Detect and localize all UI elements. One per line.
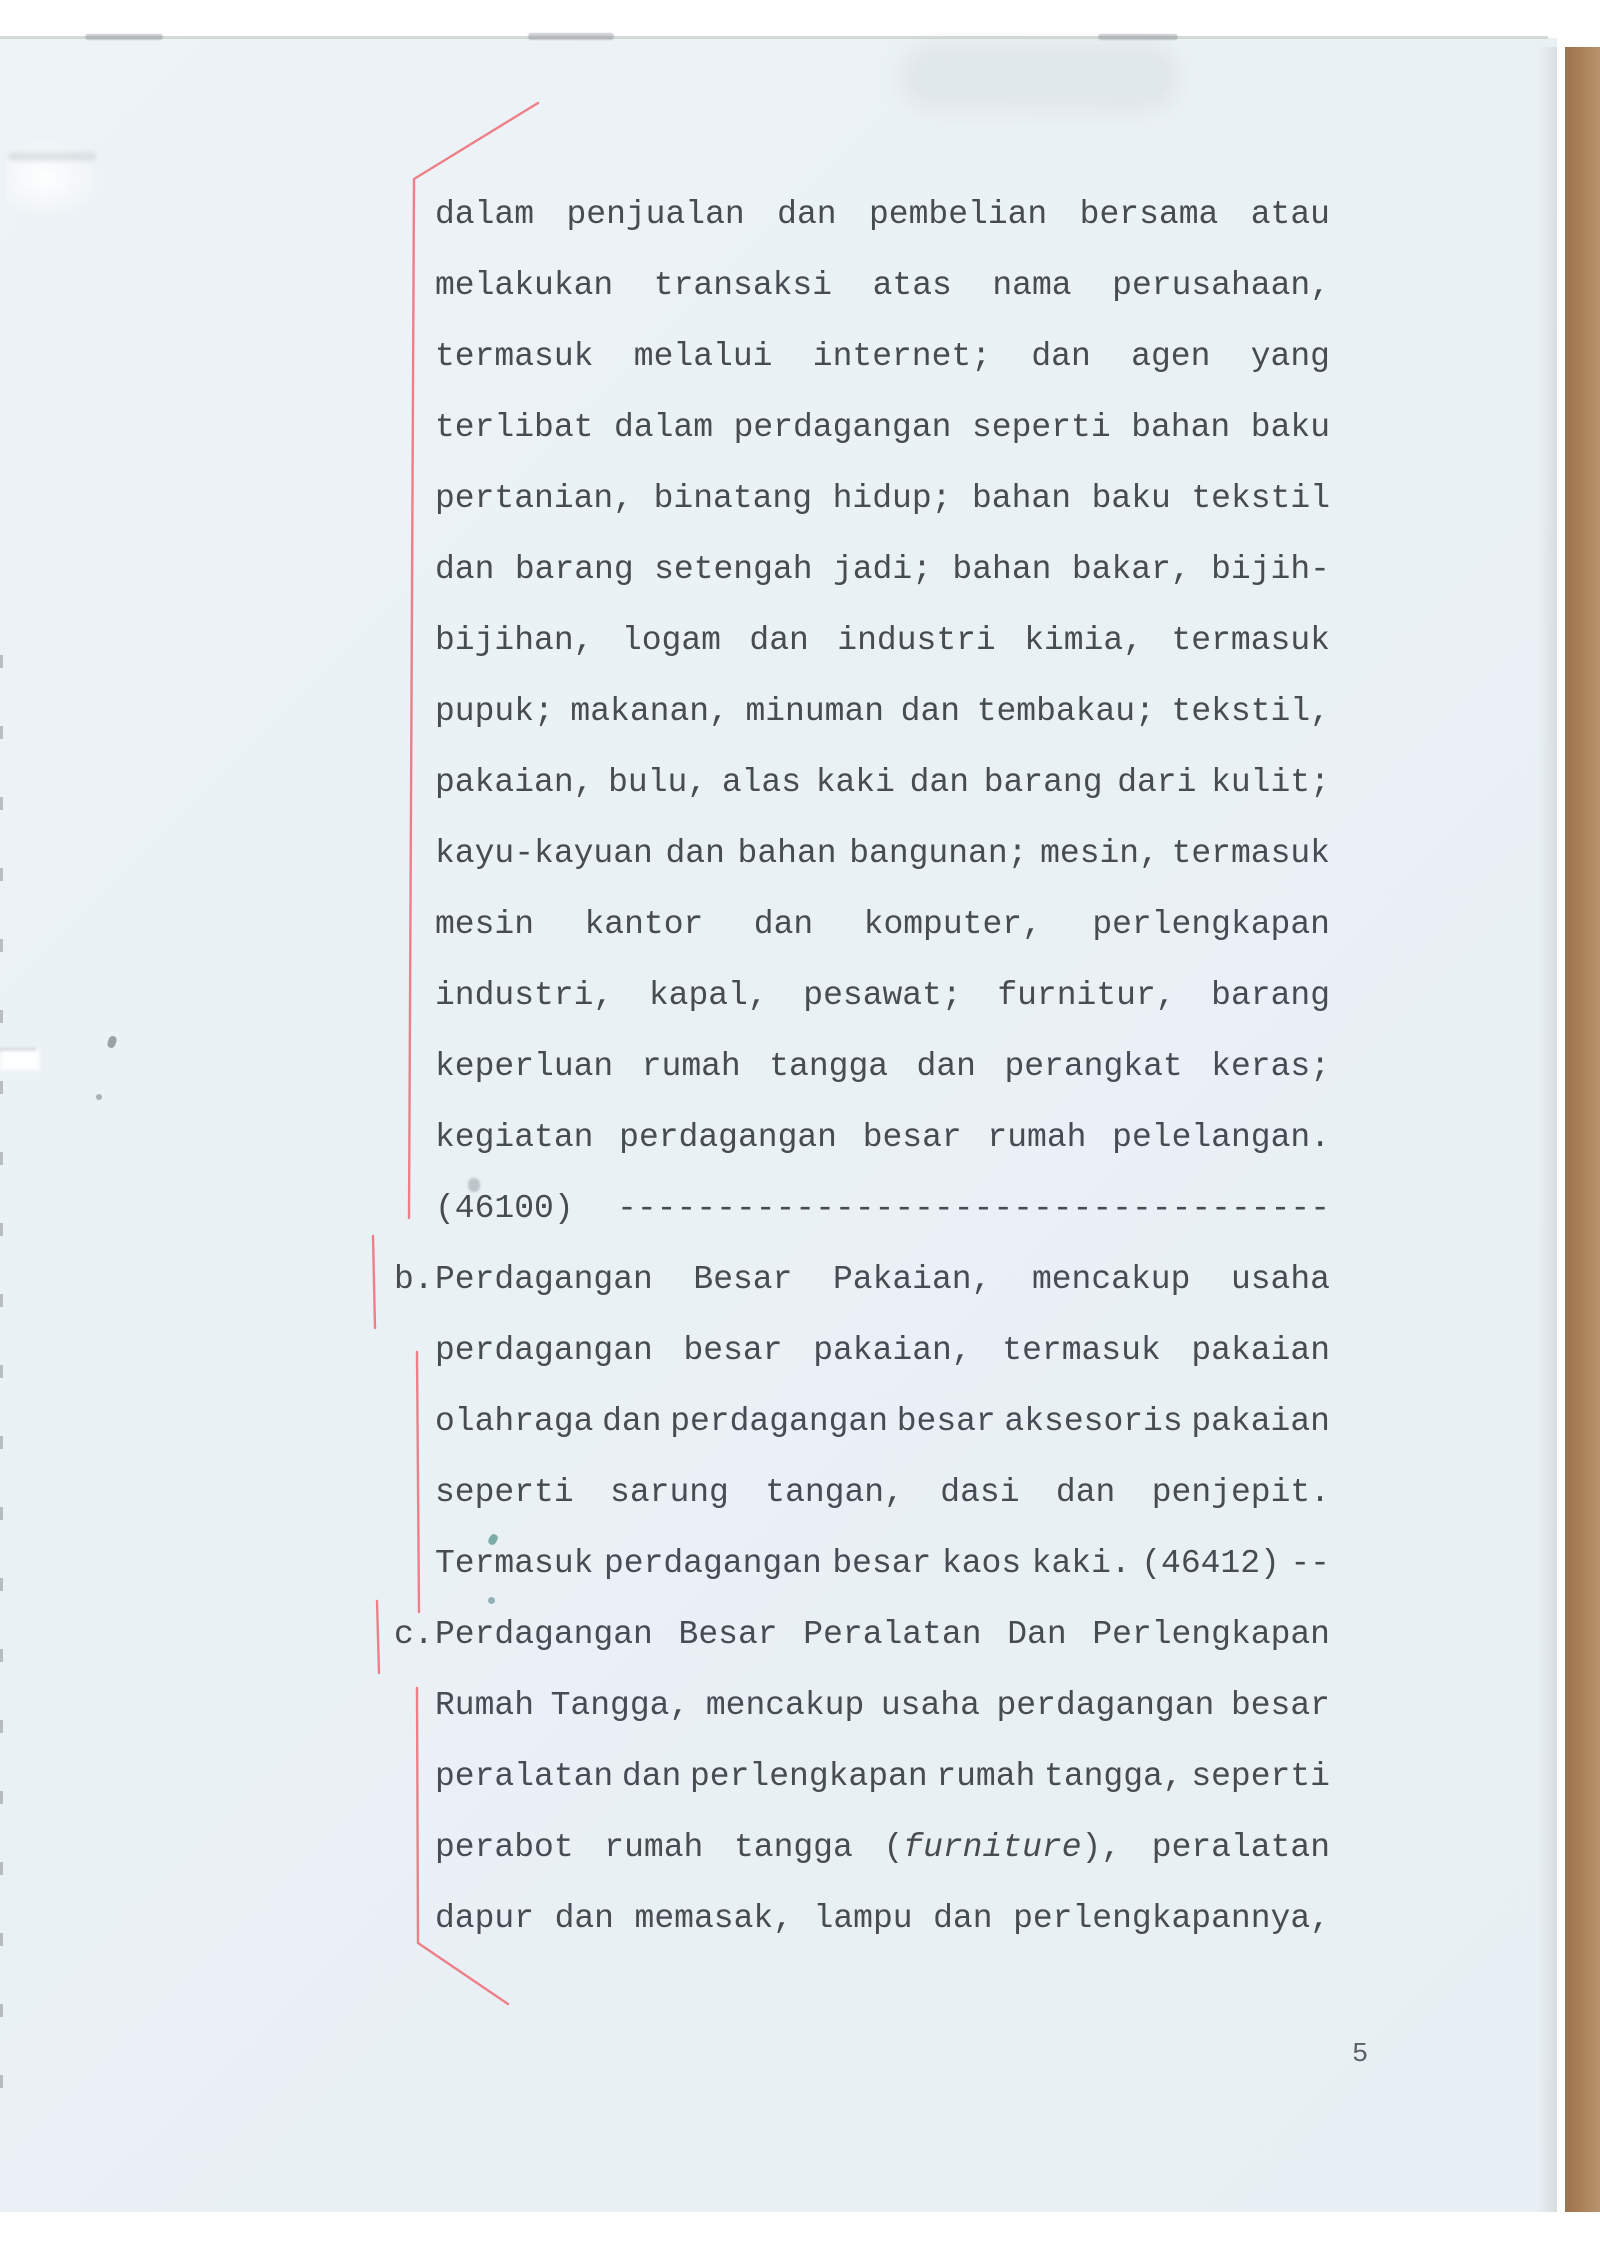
text-line: pupuk;makanan,minumandantembakau;tekstil…	[435, 676, 1330, 747]
word: lampu	[814, 1883, 913, 1954]
word: seperti	[972, 392, 1111, 463]
text-line: sepertisarungtangan,dasidanpenjepit.	[435, 1457, 1330, 1528]
word: perangkat	[1004, 1031, 1182, 1102]
word: bijih-	[1211, 534, 1330, 605]
word: perdagangan	[435, 1315, 653, 1386]
scan-artifact-dash	[1098, 34, 1178, 40]
word: Besar	[679, 1599, 778, 1670]
word: mencakup	[706, 1670, 864, 1741]
word: bersama	[1080, 179, 1219, 250]
word: Perlengkapan	[1092, 1599, 1330, 1670]
word: terlibat	[435, 392, 593, 463]
word: kayu-kayuan	[435, 818, 653, 889]
scan-artifact-smudge	[0, 1050, 40, 1070]
word: industri,	[435, 960, 613, 1031]
word: tangan,	[765, 1457, 904, 1528]
text-line: pakaian,bulu,alaskakidanbarangdarikulit;	[435, 747, 1330, 818]
word: dan	[665, 818, 724, 889]
word: perlengkapan	[690, 1741, 928, 1812]
text-line: (46100)---------------------------------…	[435, 1173, 1330, 1244]
scan-top-edge	[0, 36, 1548, 39]
list-item-label: c.	[394, 1599, 434, 1670]
text-line: melakukantransaksiatasnamaperusahaan,	[435, 250, 1330, 321]
word: baku	[1092, 463, 1171, 534]
text-line: RumahTangga,mencakupusahaperdaganganbesa…	[435, 1670, 1330, 1741]
word: setengah	[654, 534, 812, 605]
word: tangga	[769, 1031, 888, 1102]
word: tangga	[734, 1812, 853, 1883]
word: dan	[1056, 1457, 1115, 1528]
word: besar	[832, 1528, 931, 1599]
word: kantor	[584, 889, 703, 960]
word: logam	[622, 605, 721, 676]
word: ------------------------------------	[617, 1173, 1330, 1244]
list-item-label: b.	[394, 1244, 434, 1315]
word: dan	[435, 534, 494, 605]
text-line: terlibatdalamperdagangansepertibahanbaku	[435, 392, 1330, 463]
word: rumah	[604, 1812, 703, 1883]
word: kaos	[942, 1528, 1021, 1599]
word: mencakup	[1032, 1244, 1190, 1315]
word: pupuk;	[435, 676, 554, 747]
word: dalam	[435, 179, 534, 250]
word: dasi	[940, 1457, 1019, 1528]
text-line: peralatandanperlengkapanrumahtangga,sepe…	[435, 1741, 1330, 1812]
word: hidup;	[833, 463, 952, 534]
text-line: keperluanrumahtanggadanperangkatkeras;	[435, 1031, 1330, 1102]
word: barang	[515, 534, 634, 605]
word: besar	[684, 1315, 783, 1386]
word: perdagangan	[670, 1386, 888, 1457]
word: melalui	[634, 321, 773, 392]
text-line: mesinkantordankomputer,perlengkapan	[435, 889, 1330, 960]
text-line: perabotrumahtangga(furniture),peralatan	[435, 1812, 1330, 1883]
text-line: termasukmelaluiinternet;danagenyang	[435, 321, 1330, 392]
word: dan	[754, 889, 813, 960]
word: rumah	[987, 1102, 1086, 1173]
word: komputer,	[864, 889, 1042, 960]
book-binding-edge	[1565, 47, 1600, 2212]
word: penjepit.	[1152, 1457, 1330, 1528]
word: barang	[984, 747, 1103, 818]
word: internet;	[813, 321, 991, 392]
word: pakaian,	[813, 1315, 971, 1386]
text-line: b.PerdaganganBesarPakaian,mencakupusaha	[435, 1244, 1330, 1315]
word: bahan	[952, 534, 1051, 605]
word: aksesoris	[1004, 1386, 1182, 1457]
word: Besar	[693, 1244, 792, 1315]
word: sarung	[610, 1457, 729, 1528]
word: atas	[873, 250, 952, 321]
text-line: Termasukperdaganganbesarkaoskaki.(46412)…	[435, 1528, 1330, 1599]
word: pakaian	[1191, 1386, 1330, 1457]
page-number: 5	[1352, 2042, 1368, 2069]
word: kimia,	[1024, 605, 1143, 676]
word: dan	[777, 179, 836, 250]
word: dan	[555, 1883, 614, 1954]
word: dan	[910, 747, 969, 818]
text-line: industri,kapal,pesawat;furnitur,barang	[435, 960, 1330, 1031]
word: furnitur,	[997, 960, 1175, 1031]
word: termasuk	[1002, 1315, 1160, 1386]
binding-shadow	[1538, 47, 1557, 2212]
word: mesin,	[1040, 818, 1159, 889]
word: barang	[1211, 960, 1330, 1031]
word: kegiatan	[435, 1102, 593, 1173]
word: bakar,	[1072, 534, 1191, 605]
word: kaki	[816, 747, 895, 818]
word: bahan	[1131, 392, 1230, 463]
word: Tangga,	[551, 1670, 690, 1741]
word: dapur	[435, 1883, 534, 1954]
word: Dan	[1007, 1599, 1066, 1670]
word: peralatan	[435, 1741, 613, 1812]
word: bulu,	[608, 747, 707, 818]
word: baku	[1251, 392, 1330, 463]
word: rumah	[936, 1741, 1035, 1812]
word: olahraga	[435, 1386, 593, 1457]
word: memasak,	[635, 1883, 793, 1954]
text-line: kegiatanperdaganganbesarrumahpelelangan.	[435, 1102, 1330, 1173]
scan-artifact-dash	[528, 33, 614, 40]
word: keras;	[1211, 1031, 1330, 1102]
word: Termasuk	[435, 1528, 593, 1599]
word: nama	[992, 250, 1071, 321]
word: penjualan	[566, 179, 744, 250]
scan-artifact-smudge	[900, 42, 1180, 112]
word: yang	[1251, 321, 1330, 392]
text-line: dapurdanmemasak,lampudanperlengkapannya,	[435, 1883, 1330, 1954]
word: peralatan	[1152, 1812, 1330, 1883]
word: Perdagangan	[435, 1244, 653, 1315]
word: perdagangan	[604, 1528, 822, 1599]
word: rumah	[642, 1031, 741, 1102]
word: dan	[602, 1386, 661, 1457]
word: binatang	[654, 463, 812, 534]
word: usaha	[881, 1670, 980, 1741]
word: mesin	[435, 889, 534, 960]
word: bahan	[738, 818, 837, 889]
word: bahan	[972, 463, 1071, 534]
word: dan	[1031, 321, 1090, 392]
word: termasuk	[1172, 605, 1330, 676]
word: --	[1290, 1528, 1330, 1599]
word: dan	[933, 1883, 992, 1954]
text-line: dalampenjualandanpembelianbersamaatau	[435, 179, 1330, 250]
word: pakaian	[1191, 1315, 1330, 1386]
word: pertanian,	[435, 463, 633, 534]
word: minuman	[745, 676, 884, 747]
text-line: c.PerdaganganBesarPeralatanDanPerlengkap…	[435, 1599, 1330, 1670]
text-line: pertanian,binatanghidup;bahanbakutekstil	[435, 463, 1330, 534]
word: besar	[863, 1102, 962, 1173]
word: (furniture),	[883, 1812, 1121, 1883]
word: pesawat;	[803, 960, 961, 1031]
word: besar	[897, 1386, 996, 1457]
word: perlengkapannya,	[1013, 1883, 1330, 1954]
word: dan	[901, 676, 960, 747]
text-line: bijihan,logamdanindustrikimia,termasuk	[435, 605, 1330, 676]
word: kulit;	[1211, 747, 1330, 818]
word: keperluan	[435, 1031, 613, 1102]
word: seperti	[1191, 1741, 1330, 1812]
word: tekstil	[1191, 463, 1330, 534]
word: perdagangan	[734, 392, 952, 463]
word: Perdagangan	[435, 1599, 653, 1670]
ink-speck	[96, 1094, 102, 1100]
word: tembakau;	[977, 676, 1155, 747]
word: perdagangan	[619, 1102, 837, 1173]
word: pembelian	[869, 179, 1047, 250]
word: tekstil,	[1172, 676, 1330, 747]
word: dalam	[614, 392, 713, 463]
word: bijihan,	[435, 605, 593, 676]
text-line: perdaganganbesarpakaian,termasukpakaian	[435, 1315, 1330, 1386]
word: (46100)	[435, 1173, 574, 1244]
word: termasuk	[435, 321, 593, 392]
word: perdagangan	[997, 1670, 1215, 1741]
scan-artifact-dash	[85, 34, 163, 40]
word: agen	[1131, 321, 1210, 392]
word: dari	[1117, 747, 1196, 818]
word: perlengkapan	[1092, 889, 1330, 960]
scan-artifact-smudge	[8, 152, 96, 161]
word: seperti	[435, 1457, 574, 1528]
word: makanan,	[570, 676, 728, 747]
word: transaksi	[654, 250, 832, 321]
word: perusahaan,	[1112, 250, 1330, 321]
word: bangunan;	[849, 818, 1027, 889]
word: kapal,	[649, 960, 768, 1031]
text-line: olahragadanperdaganganbesaraksesorispaka…	[435, 1386, 1330, 1457]
word: alas	[722, 747, 801, 818]
word: Rumah	[435, 1670, 534, 1741]
word: dan	[622, 1741, 681, 1812]
word: kaki.	[1032, 1528, 1131, 1599]
word: melakukan	[435, 250, 613, 321]
word: industri	[837, 605, 995, 676]
text-line: danbarangsetengahjadi;bahanbakar,bijih-	[435, 534, 1330, 605]
word: atau	[1251, 179, 1330, 250]
word: pelelangan.	[1112, 1102, 1330, 1173]
word: Peralatan	[803, 1599, 981, 1670]
scanned-document-page: dalampenjualandanpembelianbersamaataumel…	[0, 0, 1600, 2264]
word: termasuk	[1172, 818, 1330, 889]
scan-artifact-smudge	[6, 138, 102, 218]
word: perabot	[435, 1812, 574, 1883]
word: pakaian,	[435, 747, 593, 818]
word: Pakaian,	[833, 1244, 991, 1315]
word: jadi;	[833, 534, 932, 605]
word: usaha	[1231, 1244, 1330, 1315]
text-line: kayu-kayuandanbahanbangunan;mesin,termas…	[435, 818, 1330, 889]
document-text: dalampenjualandanpembelianbersamaataumel…	[435, 179, 1330, 1954]
word: dan	[749, 605, 808, 676]
word: dan	[917, 1031, 976, 1102]
word: tangga,	[1044, 1741, 1183, 1812]
word: besar	[1231, 1670, 1330, 1741]
scan-edge-shadow-dashes	[0, 655, 3, 2130]
word: (46412)	[1141, 1528, 1280, 1599]
